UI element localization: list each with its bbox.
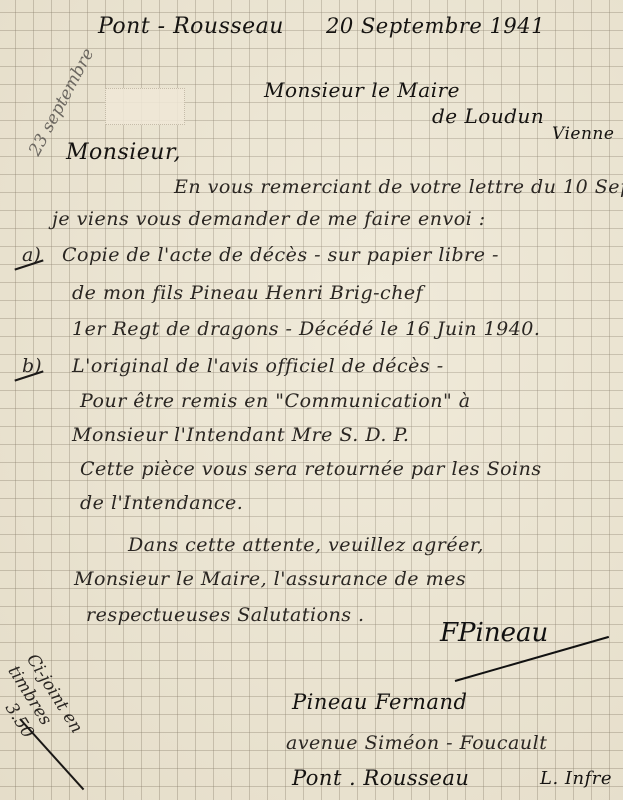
sender-department: L. Infre <box>540 768 612 789</box>
closing-line-2: Monsieur le Maire, l'assurance de mes <box>74 568 466 590</box>
header-place: Pont - Rousseau <box>98 14 284 39</box>
sender-name: Pineau Fernand <box>292 690 467 714</box>
recipient-line-3: Vienne <box>552 124 614 144</box>
recipient-line-1: Monsieur le Maire <box>264 78 460 102</box>
signature: FPineau <box>440 618 548 648</box>
header-date: 20 Septembre 1941 <box>326 14 545 38</box>
item-b-marker: b) <box>22 355 42 377</box>
sender-address-2: Pont . Rousseau <box>292 766 469 790</box>
body-line-1: En vous remerciant de votre lettre du 10… <box>174 176 623 198</box>
item-a-marker: a) <box>22 244 41 266</box>
item-b-line-1: L'original de l'avis officiel de décès - <box>72 355 444 377</box>
closing-line-3: respectueuses Salutations . <box>86 604 365 626</box>
sender-address-1: avenue Siméon - Foucault <box>286 732 547 754</box>
faded-stamp-patch <box>105 88 185 125</box>
body-line-2: je viens vous demander de me faire envoi… <box>52 208 486 230</box>
item-a-line-1: Copie de l'acte de décès - sur papier li… <box>62 244 499 266</box>
item-b-line-2: Pour être remis en "Communication" à <box>80 390 471 412</box>
item-a-line-2: de mon fils Pineau Henri Brig-chef <box>72 282 423 304</box>
item-b-line-5: de l'Intendance. <box>80 492 243 514</box>
item-a-line-3: 1er Regt de dragons - Décédé le 16 Juin … <box>72 318 540 340</box>
item-b-line-4: Cette pièce vous sera retournée par les … <box>80 458 542 480</box>
recipient-line-2: de Loudun <box>432 104 544 128</box>
closing-line-1: Dans cette attente, veuillez agréer, <box>128 534 484 556</box>
salutation: Monsieur, <box>66 140 181 165</box>
item-b-line-3: Monsieur l'Intendant Mre S. D. P. <box>72 424 409 446</box>
